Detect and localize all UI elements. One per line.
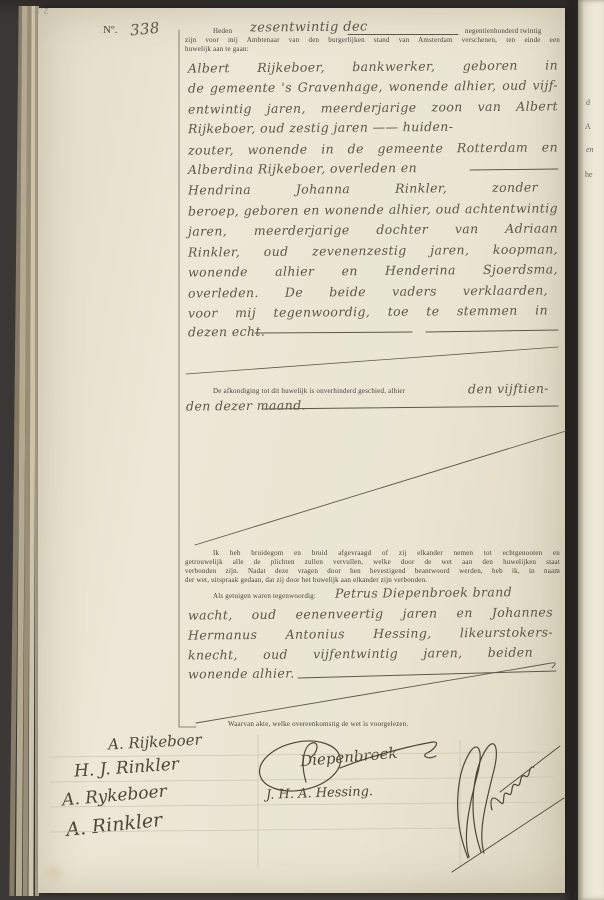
witness-line: knecht, oud vijfentwintig jaren, beiden bbox=[188, 644, 533, 662]
afkondiging-handwritten-2: den dezer maand. bbox=[186, 397, 306, 413]
witnesses-printed-label: Als getuigen waren tegenwoordig: bbox=[213, 592, 316, 602]
afkondiging-handwritten-1: den vijftien- bbox=[468, 381, 549, 397]
afkondiging-printed: De afkondiging tot dit huwelijk is onver… bbox=[213, 387, 405, 397]
witness-line: wacht, oud eenenveertig jaren en Johanne… bbox=[188, 604, 553, 622]
paper-stain bbox=[40, 862, 66, 884]
vows-line: der wet, uitspraak gedaan, dat zij door … bbox=[185, 576, 427, 586]
folio-pencil-mark: 2.5 bbox=[34, 6, 49, 16]
edge-fragment: A bbox=[585, 122, 591, 131]
body-line: voor mij tegenwoordig, toe te stemmen in bbox=[188, 302, 548, 320]
edge-fragment: d bbox=[586, 98, 590, 107]
scanned-register-page: d A en he 2.5 Nº. 338 Heden zesentwintig… bbox=[0, 0, 604, 900]
body-line: Hendrina Johanna Rinkler, zonder bbox=[188, 179, 538, 197]
book-gutter-shadow bbox=[563, 0, 579, 900]
edge-fragment: en bbox=[586, 145, 594, 154]
next-page-sliver: d A en he bbox=[578, 0, 604, 900]
edge-fragment: he bbox=[585, 170, 593, 179]
body-line: Alberdina Rijkeboer, overleden en bbox=[188, 160, 417, 177]
header-line3: huwelijk aan te gaan: bbox=[185, 45, 249, 55]
witness-line: wonende alhier. bbox=[188, 666, 295, 682]
body-line: overleden. De beide vaders verklaarden, bbox=[188, 282, 548, 300]
witness-handwritten-inline: Petrus Diepenbroek brand bbox=[335, 584, 512, 601]
header-date-handwritten: zesentwintig dec bbox=[250, 19, 368, 35]
closing-line: Waarvan akte, welke overeenkomstig de we… bbox=[228, 720, 408, 730]
act-number-label: Nº. bbox=[103, 26, 118, 36]
body-line: Rijkeboer, oud zestig jaren —— huiden- bbox=[188, 119, 453, 136]
act-number-value: 338 bbox=[129, 18, 161, 39]
body-line: dezen echt. bbox=[188, 324, 265, 340]
witness-line: Hermanus Antonius Hessing, likeurstokers… bbox=[188, 624, 553, 642]
